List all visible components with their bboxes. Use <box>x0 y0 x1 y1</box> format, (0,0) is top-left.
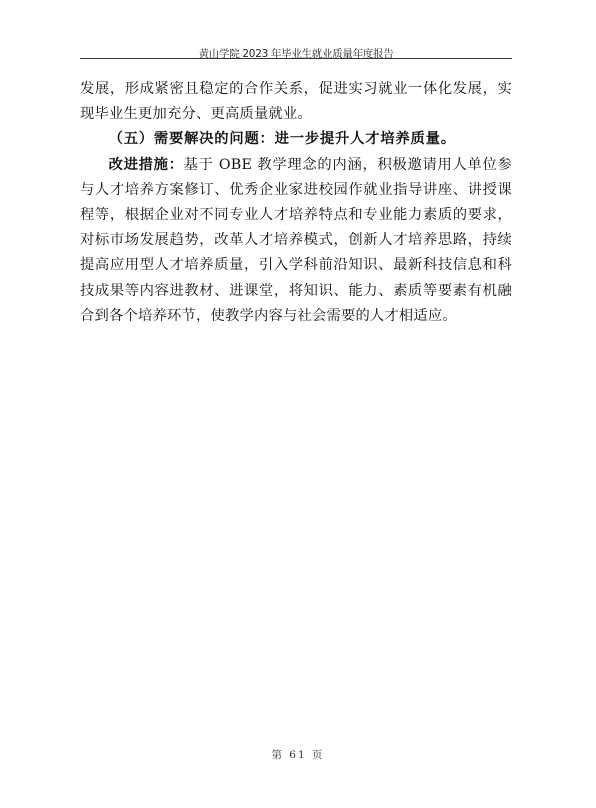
report-title: 黄山学院 2023 年毕业生就业质量年度报告 <box>199 48 394 60</box>
measures-text: 基于 OBE 教学理念的内涵，积极邀请用人单位参与人才培养方案修订、优秀企业家进… <box>80 157 512 324</box>
measures-paragraph: 改进措施：基于 OBE 教学理念的内涵，积极邀请用人单位参与人才培养方案修订、优… <box>80 153 512 329</box>
continuation-paragraph: 发展，形成紧密且稳定的合作关系，促进实习就业一体化发展，实现毕业生更加充分、更高… <box>80 77 512 127</box>
section-heading: （五）需要解决的问题：进一步提升人才培养质量。 <box>80 127 512 152</box>
measures-label: 改进措施： <box>109 157 184 173</box>
page-header: 黄山学院 2023 年毕业生就业质量年度报告 <box>80 42 512 59</box>
page-number: 第 61 页 <box>0 747 596 762</box>
page-body: 发展，形成紧密且稳定的合作关系，促进实习就业一体化发展，实现毕业生更加充分、更高… <box>80 77 512 329</box>
